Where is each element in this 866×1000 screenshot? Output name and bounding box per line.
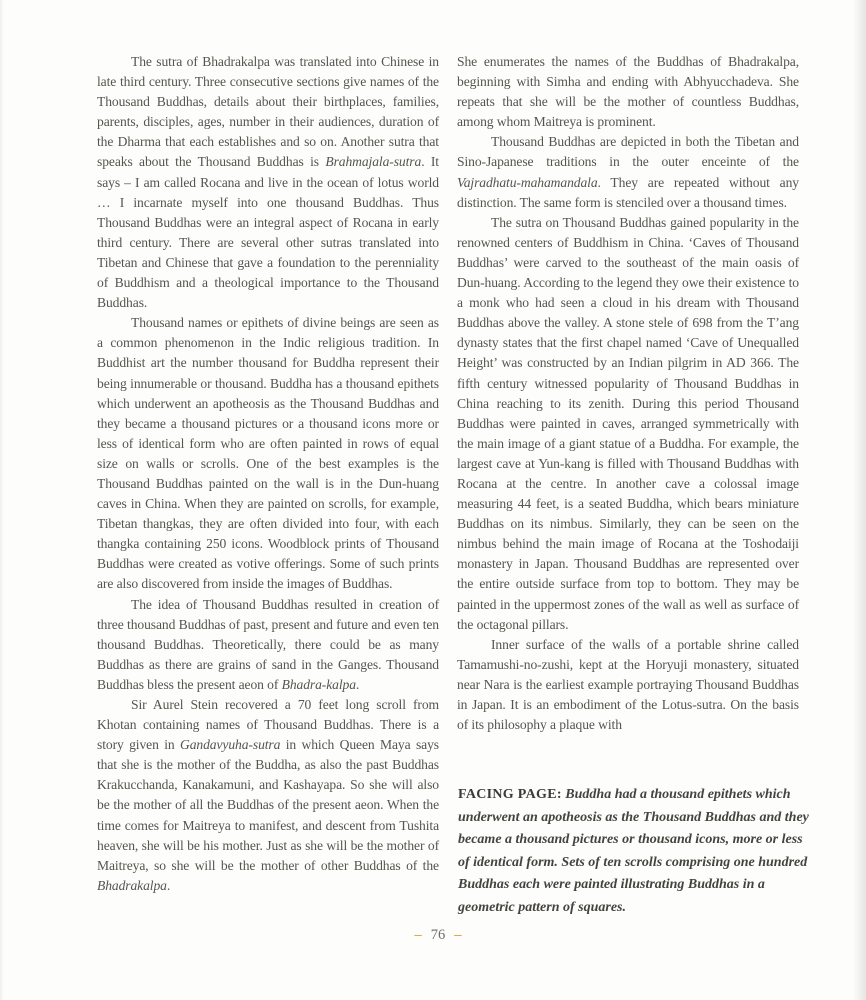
page-footer: –76– [0,927,866,944]
body-text: . It says – I am called Rocana and live … [97,154,439,310]
footer-right-ornament: – [454,927,461,943]
body-text: . [167,878,170,893]
body-text: The sutra of Bhadrakalpa was translated … [97,54,439,169]
italic-text: Gandavyuha-sutra [180,737,280,752]
paragraph: The sutra of Bhadrakalpa was translated … [97,52,439,313]
paragraph: The sutra on Thousand Buddhas gained pop… [457,213,799,635]
body-text: The idea of Thousand Buddhas resulted in… [97,597,439,692]
paragraph: Thousand names or epithets of divine bei… [97,313,439,594]
paragraph: The idea of Thousand Buddhas resulted in… [97,595,439,695]
body-text: . [356,677,359,692]
facing-page-caption: FACING PAGE: Buddha had a thousand epith… [458,784,810,919]
paragraph: Sir Aurel Stein recovered a 70 feet long… [97,695,439,896]
paragraph: She enumerates the names of the Buddhas … [457,52,799,132]
italic-text: Vajradhatu-mahamandala [457,175,598,190]
right-column: She enumerates the names of the Buddhas … [457,52,799,735]
body-text: in which Queen Maya says that she is the… [97,737,439,873]
caption-label: FACING PAGE: [458,787,562,802]
body-text: Inner surface of the walls of a portable… [457,637,799,732]
body-text: Thousand names or epithets of divine bei… [97,315,439,591]
italic-text: Bhadra-kalpa [282,677,356,692]
left-column: The sutra of Bhadrakalpa was translated … [97,52,439,896]
italic-text: Bhadrakalpa [97,878,167,893]
book-page: { "page": { "text_color": "#56544d", "ac… [0,0,866,1000]
caption-text: Buddha had a thousand epithets which und… [458,787,809,915]
page-number: 76 [431,927,446,943]
body-text: She enumerates the names of the Buddhas … [457,54,799,129]
paragraph: Inner surface of the walls of a portable… [457,635,799,735]
italic-text: Brahmajala-sutra [325,154,421,169]
footer-left-ornament: – [415,927,422,943]
body-text: The sutra on Thousand Buddhas gained pop… [457,215,799,632]
page-edge-shadow-right [853,0,866,1000]
page-edge-shadow-left [0,0,4,1000]
paragraph: Thousand Buddhas are depicted in both th… [457,132,799,212]
body-text: Thousand Buddhas are depicted in both th… [457,134,799,169]
